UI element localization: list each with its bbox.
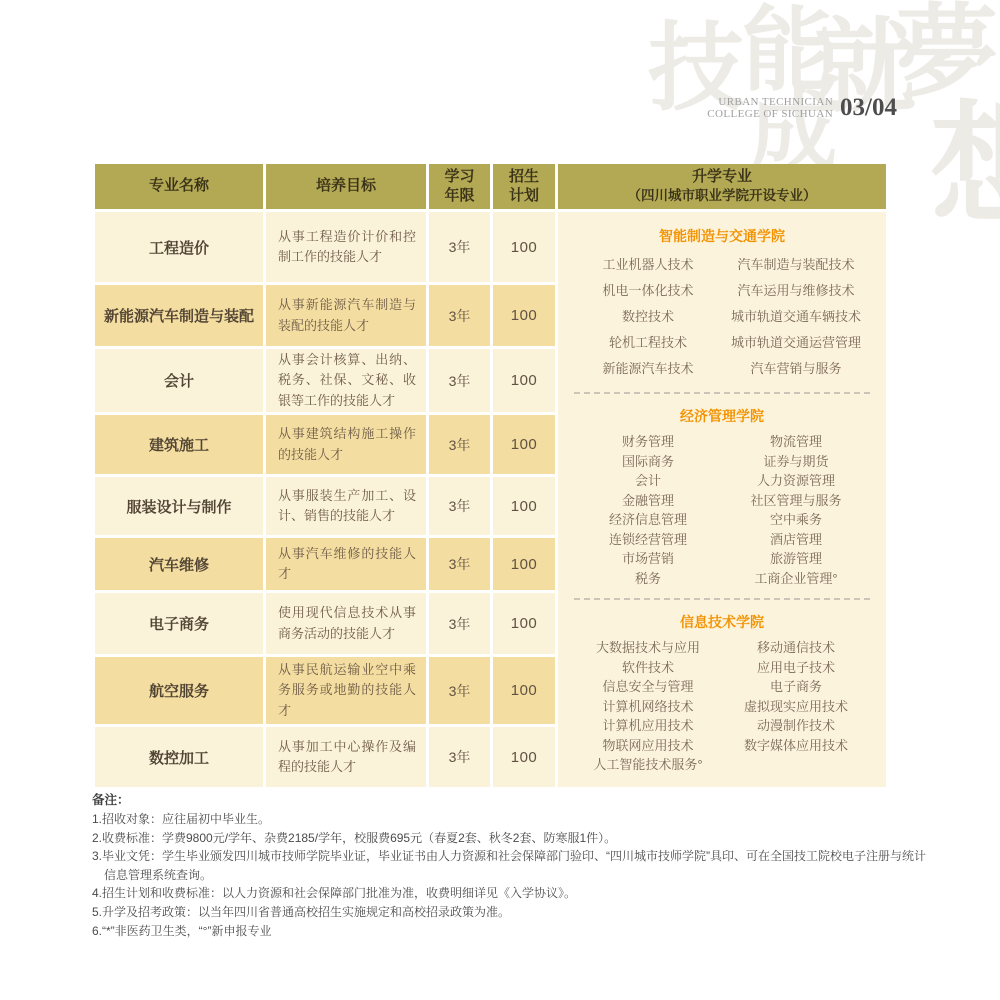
col-header-major: 专业名称	[95, 164, 263, 209]
enrollment-plan-cell: 100	[493, 285, 555, 346]
watermark-char: 夢	[896, 2, 998, 104]
major-name-cell: 汽车维修	[95, 538, 263, 590]
col-header-promotion: 升学专业 （四川城市职业学院开设专业）	[558, 164, 886, 209]
major-name-cell: 会计	[95, 349, 263, 412]
enrollment-plan-cell: 100	[493, 538, 555, 590]
major-item: 人工智能技术服务°	[574, 755, 722, 775]
page-number: 03/04	[840, 94, 897, 122]
training-goal-cell: 从事加工中心操作及编程的技能人才	[266, 727, 426, 787]
enrollment-plan-cell: 100	[493, 727, 555, 787]
major-item: 汽车制造与装配技术	[722, 252, 870, 278]
study-years-cell: 3年	[429, 538, 490, 590]
major-item: 城市轨道交通运营管理	[722, 330, 870, 356]
admissions-table: 专业名称 培养目标 学习 年限 招生 计划 升学专业 （四川城市职业学院开设专业…	[95, 164, 886, 787]
col-header-goal: 培养目标	[266, 164, 426, 209]
major-item: 物流管理	[722, 432, 870, 452]
study-years-cell: 3年	[429, 477, 490, 535]
major-item	[722, 755, 870, 775]
note-item: 6.“*”非医药卫生类，“°”新申报专业	[92, 922, 930, 941]
major-item: 社区管理与服务	[722, 491, 870, 511]
major-item: 空中乘务	[722, 510, 870, 530]
brand-line1: URBAN TECHNICIAN	[707, 96, 833, 108]
training-goal-cell: 从事工程造价计价和控制工作的技能人才	[266, 212, 426, 282]
college-major-list: 财务管理 物流管理 国际商务 证券与期货 会计 人力资源管理 金融管理 社区管理…	[574, 432, 870, 588]
major-name-cell: 航空服务	[95, 657, 263, 724]
enrollment-plan-cell: 100	[493, 415, 555, 474]
enrollment-plan-cell: 100	[493, 657, 555, 724]
major-item: 动漫制作技术	[722, 716, 870, 736]
promotion-panel: 智能制造与交通学院 工业机器人技术 汽车制造与装配技术 机电一体化技术 汽车运用…	[558, 212, 886, 787]
major-item: 大数据技术与应用	[574, 638, 722, 658]
major-item: 旅游管理	[722, 549, 870, 569]
major-name-cell: 电子商务	[95, 593, 263, 654]
major-name-cell: 数控加工	[95, 727, 263, 787]
enrollment-plan-cell: 100	[493, 349, 555, 412]
major-item: 移动通信技术	[722, 638, 870, 658]
notes-title: 备注：	[92, 790, 930, 808]
major-item: 计算机应用技术	[574, 716, 722, 736]
major-name-cell: 建筑施工	[95, 415, 263, 474]
study-years-cell: 3年	[429, 657, 490, 724]
major-item: 城市轨道交通车辆技术	[722, 304, 870, 330]
study-years-cell: 3年	[429, 212, 490, 282]
major-item: 证券与期货	[722, 452, 870, 472]
major-item: 税务	[574, 569, 722, 589]
col-header-years: 学习 年限	[429, 164, 490, 209]
major-item: 金融管理	[574, 491, 722, 511]
enrollment-plan-cell: 100	[493, 593, 555, 654]
college-section: 智能制造与交通学院 工业机器人技术 汽车制造与装配技术 机电一体化技术 汽车运用…	[574, 226, 870, 382]
note-item: 2.收费标准：学费9800元/学年、杂费2185/学年，校服费695元（春夏2套…	[92, 829, 930, 848]
enrollment-plan-cell: 100	[493, 477, 555, 535]
training-goal-cell: 从事汽车维修的技能人才	[266, 538, 426, 590]
brand-block: URBAN TECHNICIAN COLLEGE OF SICHUAN 03/0…	[707, 94, 897, 122]
major-item: 工商企业管理°	[722, 569, 870, 589]
brand-line2: COLLEGE OF SICHUAN	[707, 108, 833, 120]
note-item: 4.招生计划和收费标准：以人力资源和社会保障部门批准为准，收费明细详见《入学协议…	[92, 884, 930, 903]
college-major-list: 工业机器人技术 汽车制造与装配技术 机电一体化技术 汽车运用与维修技术 数控技术…	[574, 252, 870, 382]
major-item: 轮机工程技术	[574, 330, 722, 356]
major-item: 应用电子技术	[722, 658, 870, 678]
major-item: 电子商务	[722, 677, 870, 697]
major-item: 数字媒体应用技术	[722, 736, 870, 756]
training-goal-cell: 使用现代信息技术从事商务活动的技能人才	[266, 593, 426, 654]
dashed-divider	[574, 598, 870, 600]
college-section: 信息技术学院 大数据技术与应用 移动通信技术 软件技术 应用电子技术 信息安全与…	[574, 612, 870, 775]
note-item: 1.招收对象：应往届初中毕业生。	[92, 810, 930, 829]
study-years-cell: 3年	[429, 727, 490, 787]
watermark-char: 想	[930, 100, 1000, 232]
training-goal-cell: 从事会计核算、出纳、税务、社保、文秘、收银等工作的技能人才	[266, 349, 426, 412]
major-item: 国际商务	[574, 452, 722, 472]
training-goal-cell: 从事建筑结构施工操作的技能人才	[266, 415, 426, 474]
col-header-plan: 招生 计划	[493, 164, 555, 209]
note-item: 3.毕业文凭：学生毕业颁发四川城市技师学院毕业证，毕业证书由人力资源和社会保障部…	[92, 847, 930, 884]
major-name-cell: 新能源汽车制造与装配	[95, 285, 263, 346]
major-item: 计算机网络技术	[574, 697, 722, 717]
major-name-cell: 工程造价	[95, 212, 263, 282]
brochure-page: 技 能 成 就 夢 想 URBAN TECHNICIAN COLLEGE OF …	[0, 0, 1000, 1000]
major-item: 人力资源管理	[722, 471, 870, 491]
enrollment-plan-cell: 100	[493, 212, 555, 282]
college-name-en: URBAN TECHNICIAN COLLEGE OF SICHUAN	[707, 96, 833, 120]
promotion-header-line2: （四川城市职业学院开设专业）	[628, 188, 817, 205]
watermark-char: 能	[742, 4, 834, 96]
training-goal-cell: 从事新能源汽车制造与装配的技能人才	[266, 285, 426, 346]
study-years-cell: 3年	[429, 285, 490, 346]
major-name-cell: 服装设计与制作	[95, 477, 263, 535]
major-item: 新能源汽车技术	[574, 356, 722, 382]
major-item: 会计	[574, 471, 722, 491]
major-item: 市场营销	[574, 549, 722, 569]
major-item: 汽车营销与服务	[722, 356, 870, 382]
major-item: 物联网应用技术	[574, 736, 722, 756]
major-item: 经济信息管理	[574, 510, 722, 530]
promotion-header-line1: 升学专业	[692, 168, 752, 187]
dashed-divider	[574, 392, 870, 394]
major-item: 汽车运用与维修技术	[722, 278, 870, 304]
training-goal-cell: 从事服装生产加工、设计、销售的技能人才	[266, 477, 426, 535]
major-item: 数控技术	[574, 304, 722, 330]
college-major-list: 大数据技术与应用 移动通信技术 软件技术 应用电子技术 信息安全与管理 电子商务…	[574, 638, 870, 775]
study-years-cell: 3年	[429, 349, 490, 412]
notes: 备注： 1.招收对象：应往届初中毕业生。 2.收费标准：学费9800元/学年、杂…	[92, 790, 930, 940]
training-goal-cell: 从事民航运输业空中乘务服务或地勤的技能人才	[266, 657, 426, 724]
major-item: 工业机器人技术	[574, 252, 722, 278]
major-item: 连锁经营管理	[574, 530, 722, 550]
college-section: 经济管理学院 财务管理 物流管理 国际商务 证券与期货 会计 人力资源管理 金融…	[574, 406, 870, 588]
major-item: 财务管理	[574, 432, 722, 452]
major-item: 机电一体化技术	[574, 278, 722, 304]
study-years-cell: 3年	[429, 415, 490, 474]
major-item: 软件技术	[574, 658, 722, 678]
major-item: 虚拟现实应用技术	[722, 697, 870, 717]
college-name: 智能制造与交通学院	[574, 226, 870, 246]
college-name: 信息技术学院	[574, 612, 870, 632]
major-item: 信息安全与管理	[574, 677, 722, 697]
college-name: 经济管理学院	[574, 406, 870, 426]
note-item: 5.升学及招考政策：以当年四川省普通高校招生实施规定和高校招录政策为准。	[92, 903, 930, 922]
study-years-cell: 3年	[429, 593, 490, 654]
major-item: 酒店管理	[722, 530, 870, 550]
